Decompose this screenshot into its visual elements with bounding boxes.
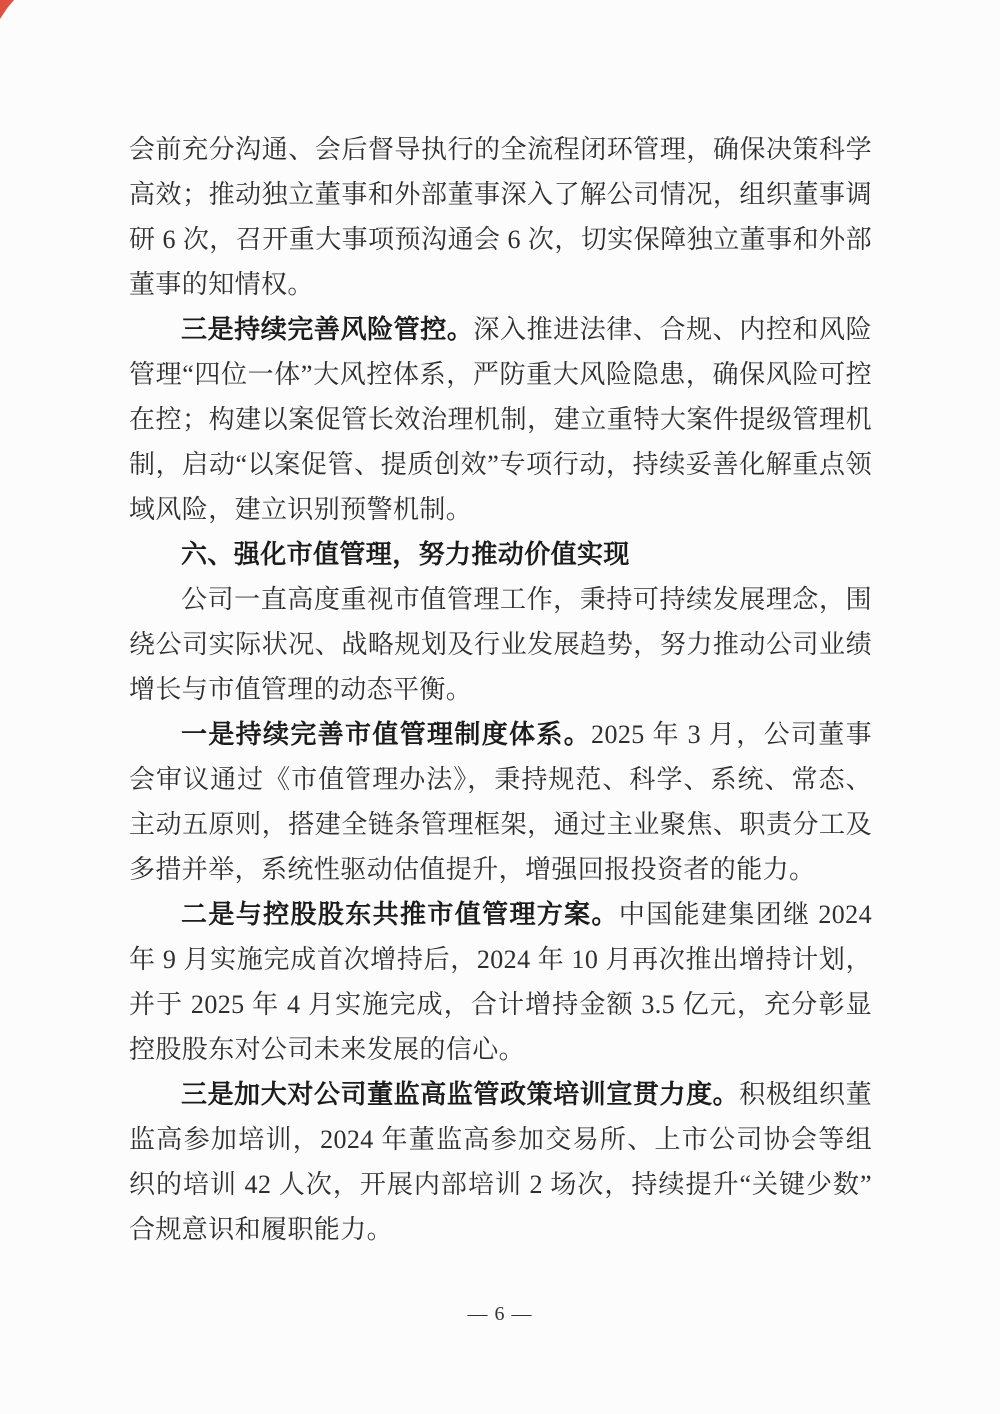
- page-number: — 6 —: [0, 1303, 1000, 1326]
- paragraph-continuation: 会前充分沟通、会后督导执行的全流程闭环管理，确保决策科学高效；推动独立董事和外部…: [129, 127, 872, 307]
- paragraph-point-three-lead: 三是加大对公司董监高监管政策培训宣贯力度。: [181, 1079, 739, 1109]
- paragraph-point-three: 三是加大对公司董监高监管政策培训宣贯力度。积极组织董监高参加培训，2024 年董…: [129, 1072, 872, 1252]
- paragraph-point-one: 一是持续完善市值管理制度体系。2025 年 3 月，公司董事会审议通过《市值管理…: [129, 712, 872, 892]
- paragraph-point-two: 二是与控股股东共推市值管理方案。中国能建集团继 2024 年 9 月实施完成首次…: [129, 892, 872, 1072]
- paragraph-risk-control: 三是持续完善风险管控。深入推进法律、合规、内控和风险管理“四位一体”大风控体系，…: [129, 307, 872, 532]
- document-page: 会前充分沟通、会后督导执行的全流程闭环管理，确保决策科学高效；推动独立董事和外部…: [0, 0, 1000, 1414]
- page-content: 会前充分沟通、会后督导执行的全流程闭环管理，确保决策科学高效；推动独立董事和外部…: [129, 127, 872, 1252]
- paragraph-risk-control-body: 深入推进法律、合规、内控和风险管理“四位一体”大风控体系，严防重大风险隐患，确保…: [129, 315, 872, 524]
- paragraph-point-one-lead: 一是持续完善市值管理制度体系。: [181, 719, 591, 749]
- section-heading-six: 六、强化市值管理，努力推动价值实现: [129, 532, 872, 577]
- paragraph-point-two-lead: 二是与控股股东共推市值管理方案。: [181, 899, 619, 929]
- paragraph-risk-control-lead: 三是持续完善风险管控。: [181, 314, 473, 344]
- red-corner-mark: [0, 0, 14, 19]
- paragraph-market-value-intro: 公司一直高度重视市值管理工作，秉持可持续发展理念，围绕公司实际状况、战略规划及行…: [129, 577, 872, 712]
